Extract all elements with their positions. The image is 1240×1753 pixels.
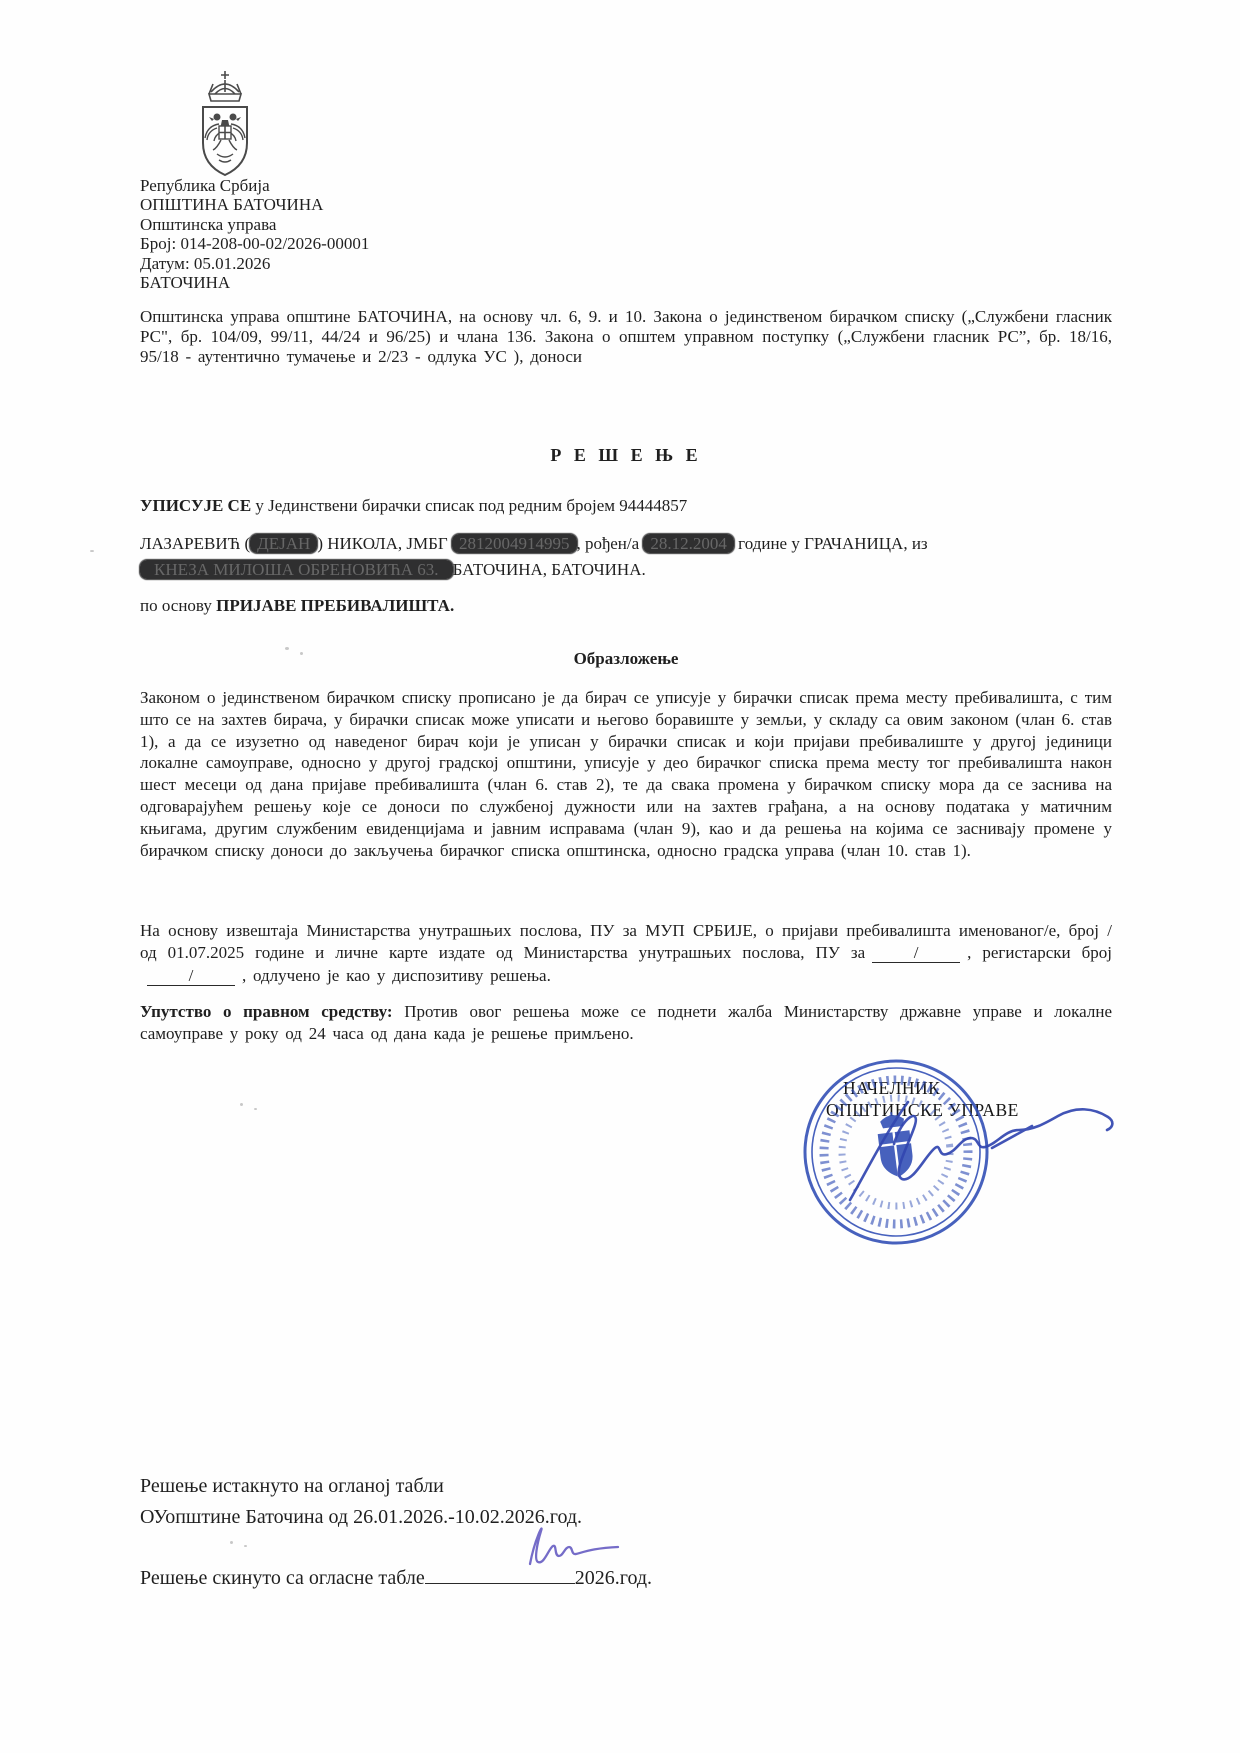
footer-removed-year: 2026.год.: [575, 1567, 652, 1589]
scan-speck: [230, 1541, 233, 1544]
decision-title: Р Е Ш Е Њ Е: [550, 445, 701, 465]
report-text-3: , одлучено је као у диспозитиву решења.: [242, 966, 551, 985]
scan-speck: [254, 1108, 257, 1110]
footer-posted-line-1: Решење истакнуто на огланој табли: [140, 1474, 444, 1498]
subject-birthplace: године у ГРАЧАНИЦА, из: [734, 534, 928, 553]
scan-speck: [240, 1103, 243, 1106]
subject-municipality: БАТОЧИНА, БАТОЧИНА.: [453, 560, 646, 579]
document-page: Република Србија ОПШТИНА БАТОЧИНА Општин…: [0, 0, 1240, 1753]
header-date: Датум: 05.01.2026: [140, 254, 369, 273]
scan-speck: [285, 647, 289, 650]
subject-born-label: , рођен/а: [577, 534, 644, 553]
report-text-2: , регистарски број: [967, 943, 1112, 962]
subject-line: ЛАЗАРЕВИЋ (ДЕЈАН) НИКОЛА, ЈМБГ 281200491…: [140, 531, 1130, 583]
header-administration: Општинска управа: [140, 215, 369, 234]
enrollment-text: у Јединствени бирачки списак под редним …: [251, 496, 619, 515]
scan-speck: [90, 550, 94, 552]
removal-date-blank-field: [425, 1563, 575, 1584]
police-unit-blank-field: /: [872, 944, 960, 963]
header-country: Република Србија: [140, 176, 369, 195]
basis-line: по основу ПРИЈАВЕ ПРЕБИВАЛИШТА.: [140, 596, 454, 616]
enrollment-lead: УПИСУЈЕ СЕ: [140, 496, 251, 515]
serial-number: 94444857: [619, 496, 687, 515]
signature-scribble: [842, 1086, 1142, 1211]
explanation-heading: Образложење: [574, 649, 679, 668]
basis-emphasis: ПРИЈАВЕ ПРЕБИВАЛИШТА.: [216, 596, 454, 615]
serbia-coat-of-arms-icon: [191, 70, 259, 190]
redacted-parent-name: ДЕЈАН: [250, 534, 317, 553]
document-header: Република Србија ОПШТИНА БАТОЧИНА Општин…: [140, 176, 369, 292]
subject-given-name: ) НИКОЛА, ЈМБГ: [317, 534, 452, 553]
subject-surname: ЛАЗАРЕВИЋ (: [140, 534, 250, 553]
explanation-paragraph: Законом о јединственом бирачком списку п…: [140, 687, 1112, 861]
basis-prefix: по основу: [140, 596, 216, 615]
scan-speck: [300, 652, 303, 655]
report-paragraph: На основу извештаја Министарства унутраш…: [140, 920, 1112, 987]
header-municipality: ОПШТИНА БАТОЧИНА: [140, 195, 369, 214]
legal-remedy-paragraph: Упутство о правном средству: Против овог…: [140, 1001, 1112, 1044]
redacted-jmbg: 2812004914995: [452, 534, 577, 553]
redacted-address: КНЕЗА МИЛОША ОБРЕНОВИЋА 63.: [140, 560, 453, 579]
scan-speck: [244, 1545, 247, 1547]
intro-paragraph: Општинска управа општине БАТОЧИНА, на ос…: [140, 307, 1112, 367]
footer-removed-text: Решење скинуто са огласне табле: [140, 1567, 425, 1589]
registry-number-blank-field: /: [147, 967, 235, 986]
footer-removed-line: Решење скинуто са огласне табле2026.год.: [140, 1563, 652, 1590]
enrollment-line: УПИСУЈЕ СЕ у Јединствени бирачки списак …: [140, 496, 687, 516]
redacted-birthdate: 28.12.2004: [643, 534, 734, 553]
remedy-lead: Упутство о правном средству:: [140, 1002, 393, 1021]
header-case-number: Број: 014-208-00-02/2026-00001: [140, 234, 369, 253]
header-place: БАТОЧИНА: [140, 273, 369, 292]
